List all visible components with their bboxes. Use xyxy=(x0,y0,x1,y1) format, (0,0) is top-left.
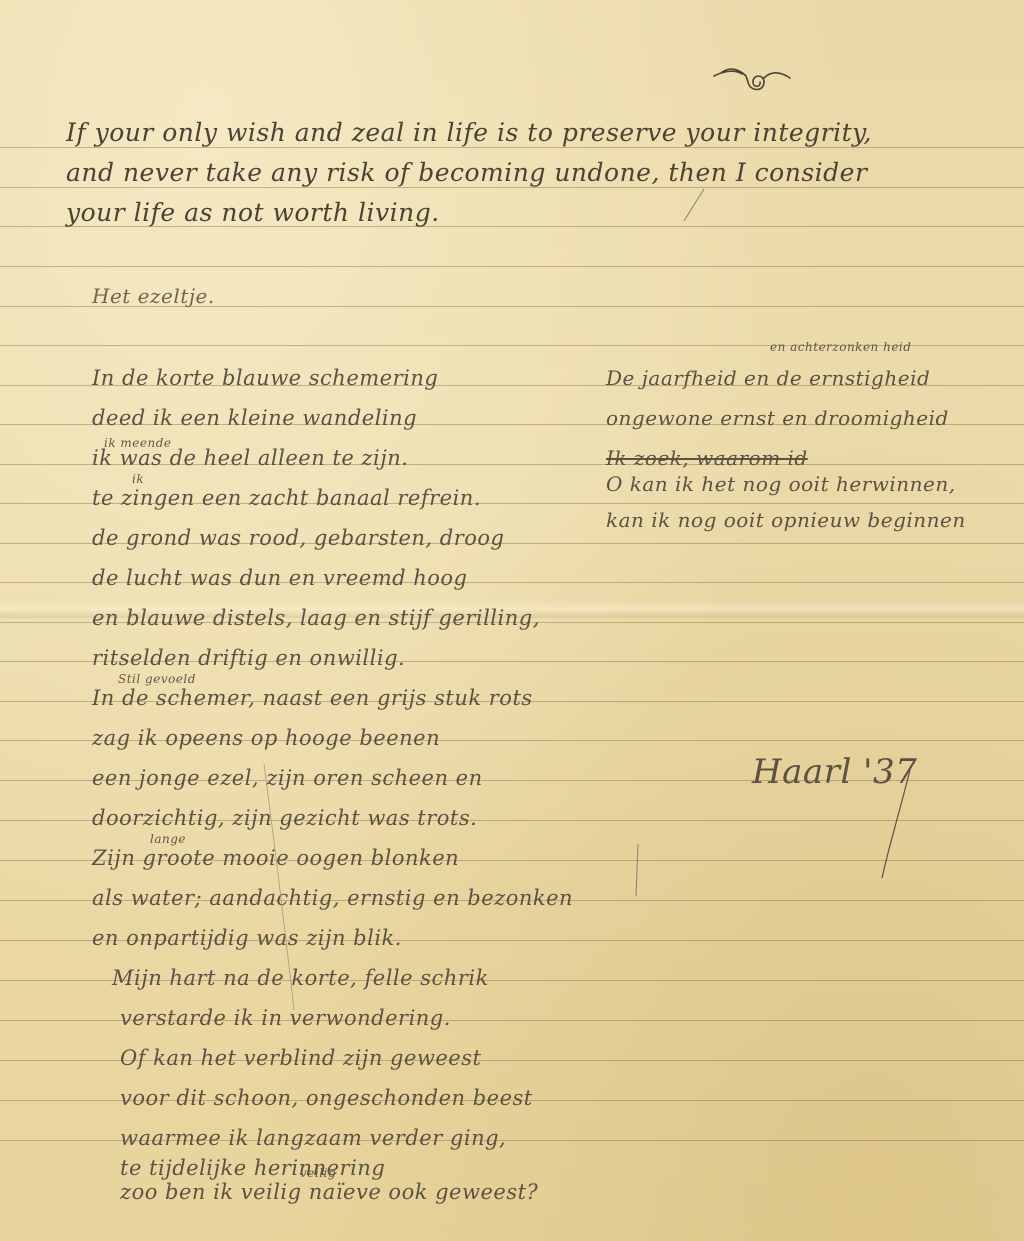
poem-line: de grond was rood, gebarsten, droog xyxy=(92,526,504,550)
epigraph-line: and never take any risk of becoming undo… xyxy=(66,158,867,187)
right-line: O kan ik het nog ooit herwinnen, xyxy=(606,472,956,496)
poem-line: te zingen een zacht banaal refrein. xyxy=(92,486,481,510)
poem-insertion: veilig xyxy=(300,1166,336,1180)
poem-line: en blauwe distels, laag en stijf gerilli… xyxy=(92,606,540,630)
epigraph-line: your life as not worth living. xyxy=(66,198,440,227)
poem-line: Of kan het verblind zijn geweest xyxy=(120,1046,481,1070)
poem-title: Het ezeltje. xyxy=(92,284,215,308)
pencil-stroke xyxy=(680,185,710,225)
poem-line: waarmee ik langzaam verder ging, xyxy=(120,1126,506,1150)
poem-insertion: Stil gevoeld xyxy=(118,672,196,686)
right-line: De jaarfheid en de ernstigheid xyxy=(606,366,930,390)
pencil-stroke xyxy=(628,840,648,900)
right-line: ongewone ernst en droomigheid xyxy=(606,406,949,430)
poem-line: Mijn hart na de korte, felle schrik xyxy=(112,966,489,990)
right-line: kan ik nog ooit opnieuw beginnen xyxy=(606,508,966,532)
manuscript-page: If your only wish and zeal in life is to… xyxy=(0,0,1024,1241)
spiral-flourish-ornament xyxy=(706,58,796,98)
poem-line: zoo ben ik veilig naïeve ook geweest? xyxy=(120,1180,538,1204)
poem-line: In de schemer, naast een grijs stuk rots xyxy=(92,686,533,710)
poem-line: de lucht was dun en vreemd hoog xyxy=(92,566,467,590)
poem-insertion: ik xyxy=(132,472,144,486)
poem-line: voor dit schoon, ongeschonden beest xyxy=(120,1086,533,1110)
poem-line: ritselden driftig en onwillig. xyxy=(92,646,405,670)
poem-line: en onpartijdig was zijn blik. xyxy=(92,926,402,950)
right-insertion: en achterzonken heid xyxy=(770,340,911,354)
poem-line: ik was de heel alleen te zijn. xyxy=(92,446,408,470)
poem-line: In de korte blauwe schemering xyxy=(92,366,438,390)
poem-line: te tijdelijke herinnering xyxy=(120,1156,385,1180)
poem-insertion: lange xyxy=(150,832,186,846)
poem-line: als water; aandachtig, ernstig en bezonk… xyxy=(92,886,573,910)
poem-line: zag ik opeens op hooge beenen xyxy=(92,726,440,750)
poem-line: deed ik een kleine wandeling xyxy=(92,406,417,430)
signature-flourish xyxy=(860,760,920,880)
right-line-struck: Ik zoek, waarom id xyxy=(606,446,808,470)
epigraph-line: If your only wish and zeal in life is to… xyxy=(66,118,872,147)
pencil-stroke xyxy=(260,760,300,1020)
